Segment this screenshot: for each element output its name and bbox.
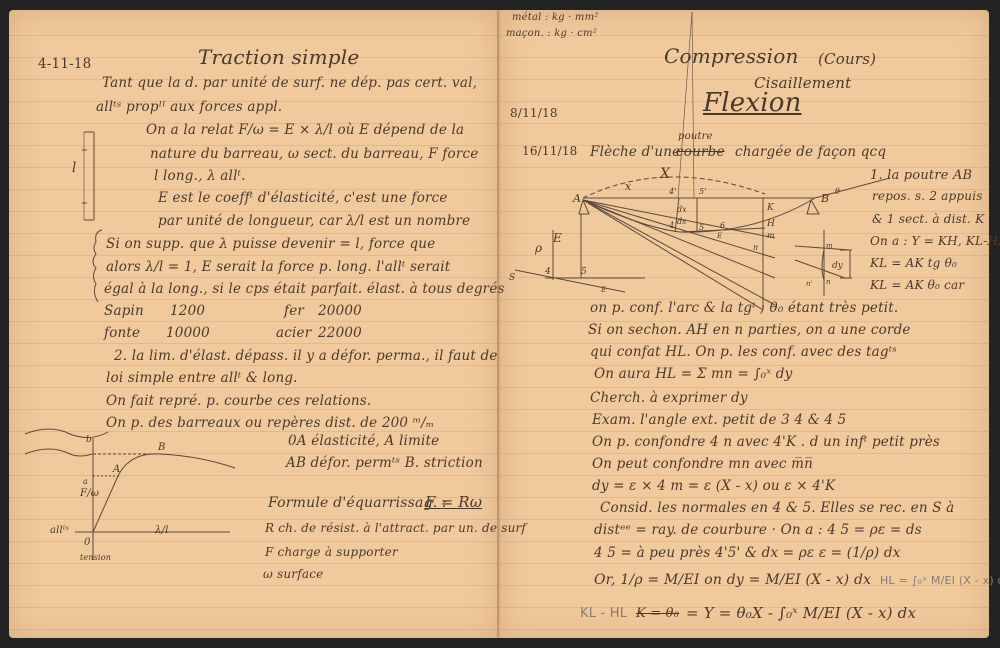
svg-text:a: a [83, 477, 88, 486]
notebook-gutter [497, 10, 500, 638]
text-line: Or, 1/ρ = M/EI on dy = M/EI (X - x) dx [594, 572, 871, 588]
text-line: On a la relat F/ω = E × λ/l où E dépend … [146, 122, 464, 138]
svg-text:S: S [509, 273, 515, 283]
text-line: 4 5 = à peu près 4'5' & dx = ρε ε = (1/ρ… [594, 545, 901, 561]
text-line: On peut confondre mn avec m̅n̅ [592, 456, 813, 472]
material-name: Sapin [104, 303, 144, 319]
svg-text:B: B [157, 442, 165, 453]
text-line: Si on supp. que λ puisse devenir = l, fo… [106, 236, 435, 252]
svg-text:m: m [767, 231, 775, 240]
text-line: distᵉᵉ = ray. de courbure · On a : 4 5 =… [594, 522, 922, 538]
svg-text:4: 4 [668, 221, 674, 230]
graph-legend-line: AB défor. permᵗˢ B. striction [286, 455, 483, 471]
svg-text:ds: ds [677, 217, 686, 226]
graph-label-x-axis-left: allᵗˢ [50, 525, 69, 536]
length-bracket-diagram [70, 130, 100, 225]
side-note: 1. la poutre AB [870, 168, 972, 183]
dy-detail-diagram: m n n' dy [790, 228, 865, 298]
units-note: maçon. : kg · cm² [506, 28, 597, 39]
side-note: & 1 sect. à dist. K [872, 212, 984, 226]
material-name: acier [276, 325, 311, 341]
svg-text:5: 5 [581, 267, 587, 277]
text-line: Si on sechon. AH en n parties, on a une … [588, 322, 911, 338]
text-line: allᵗˢ propˡˡ aux forces appl. [96, 99, 282, 115]
svg-text:5': 5' [699, 187, 706, 196]
intro-line-start: Flèche d'une [590, 144, 680, 160]
text-line: 2. la lim. d'élast. dépass. il y a défor… [114, 348, 498, 364]
svg-text:E: E [716, 232, 722, 240]
text-line: par unité de longueur, car λ/l est un no… [158, 213, 470, 229]
side-note: repos. s. 2 appuis [872, 189, 983, 203]
graph-label-y-axis: F/ω [80, 488, 99, 499]
graph-label-x-axis: λ/l [155, 525, 169, 536]
final-formula-struck: K = θ₀ [636, 606, 679, 621]
units-note: métal : kg · mm² [512, 12, 598, 23]
formula-block-title: Formule d'équarrissag. : [268, 495, 447, 511]
formula-definition: ω surface [263, 567, 323, 581]
intro-line-end: chargée de façon qcq [735, 144, 886, 160]
text-line: égal à la long., si le cps était parfait… [104, 281, 505, 297]
final-formula-body: = Y = θ₀X - ∫₀ˣ M/EI (X - x) dx [686, 604, 916, 622]
side-note: KL = AK tg θ₀ [870, 256, 957, 270]
svg-text:dy: dy [832, 261, 844, 271]
text-line: On aura HL = Σ mn = ∫₀ˣ dy [594, 366, 792, 382]
text-line: on p. conf. l'arc & la tgᵗ ; θ₀ étant tr… [590, 300, 898, 316]
text-line: alors λ/l = 1, E serait la force p. long… [106, 259, 450, 275]
heading-cours: (Cours) [818, 50, 876, 68]
text-line: nature du barreau, ω sect. du barreau, F… [150, 146, 478, 162]
side-note: KL = AK θ₀ car [870, 278, 964, 292]
formula-block-formula: F = Rω [425, 493, 482, 511]
left-page-date: 4-11-18 [38, 56, 91, 72]
date-note: 8/11/18 [510, 106, 558, 120]
graph-label-origin: 0 [84, 537, 91, 548]
heading-flexion: Flexion [703, 88, 802, 118]
material-value: 10000 [166, 325, 210, 341]
svg-text:E: E [600, 286, 606, 294]
svg-text:K: K [766, 203, 775, 213]
formula-definition: R ch. de résist. à l'attract. par un. de… [265, 521, 526, 535]
text-line: E est le coeffᵗ d'élasticité, c'est une … [158, 190, 448, 206]
svg-text:n: n [826, 278, 831, 286]
material-name: fonte [104, 325, 140, 341]
side-note: On a : Y = KH, KL-HL [870, 234, 1000, 248]
text-line: Consid. les normales en 4 & 5. Elles se … [600, 500, 954, 516]
text-line: qui confat HL. On p. les conf. avec des … [590, 344, 897, 360]
svg-text:4: 4 [544, 267, 551, 277]
svg-text:4': 4' [668, 187, 676, 196]
side-formula: HL = ∫₀ˣ M/EI (X - x) dx [880, 574, 1000, 587]
curly-brace [88, 228, 108, 304]
svg-text:6: 6 [720, 221, 725, 230]
text-line: loi simple entre allᵗ & long. [106, 370, 298, 386]
material-name: fer [284, 303, 304, 319]
text-line: On p. confondre 4 n avec 4'K . d un infᵗ… [592, 434, 940, 450]
stress-strain-graph: b B A a [20, 420, 250, 570]
text-line: Tant que la d. par unité de surf. ne dép… [102, 75, 477, 91]
svg-text:H: H [766, 219, 775, 229]
svg-text:A: A [112, 464, 120, 475]
final-formula-prefix: KL - HL [580, 606, 627, 621]
svg-text:x: x [625, 180, 632, 193]
margin-label-l: l [72, 160, 77, 176]
svg-text:b: b [86, 435, 92, 445]
graph-legend-line: 0A élasticité, A limite [288, 433, 439, 449]
svg-text:E: E [552, 231, 562, 245]
formula-definition: F charge à supporter [265, 545, 398, 559]
svg-text:m: m [826, 242, 833, 250]
material-value: 1200 [170, 303, 205, 319]
svg-text:X: X [659, 166, 671, 182]
text-line: On fait repré. p. courbe ces relations. [106, 393, 371, 409]
svg-text:θ: θ [835, 187, 840, 196]
date-note: 16/11/18 [522, 144, 578, 158]
svg-text:ρ: ρ [534, 241, 542, 255]
svg-text:n: n [753, 243, 758, 252]
svg-text:n': n' [806, 280, 813, 288]
left-page-title: Traction simple [198, 45, 359, 69]
text-line: Cherch. à exprimer dy [590, 390, 748, 406]
material-value: 22000 [318, 325, 362, 341]
svg-text:A: A [572, 192, 581, 205]
material-value: 20000 [318, 303, 362, 319]
graph-label-below-origin: tension [80, 553, 111, 562]
svg-text:B: B [820, 192, 829, 205]
svg-text:5: 5 [699, 223, 704, 232]
text-line: l long., λ allᵗ. [154, 168, 246, 184]
text-line: dy = ε × 4 m = ε (X - x) ou ε × 4'K [592, 478, 835, 494]
text-line: Exam. l'angle ext. petit de 3 4 & 4 5 [592, 412, 846, 428]
svg-text:dx: dx [677, 205, 687, 214]
